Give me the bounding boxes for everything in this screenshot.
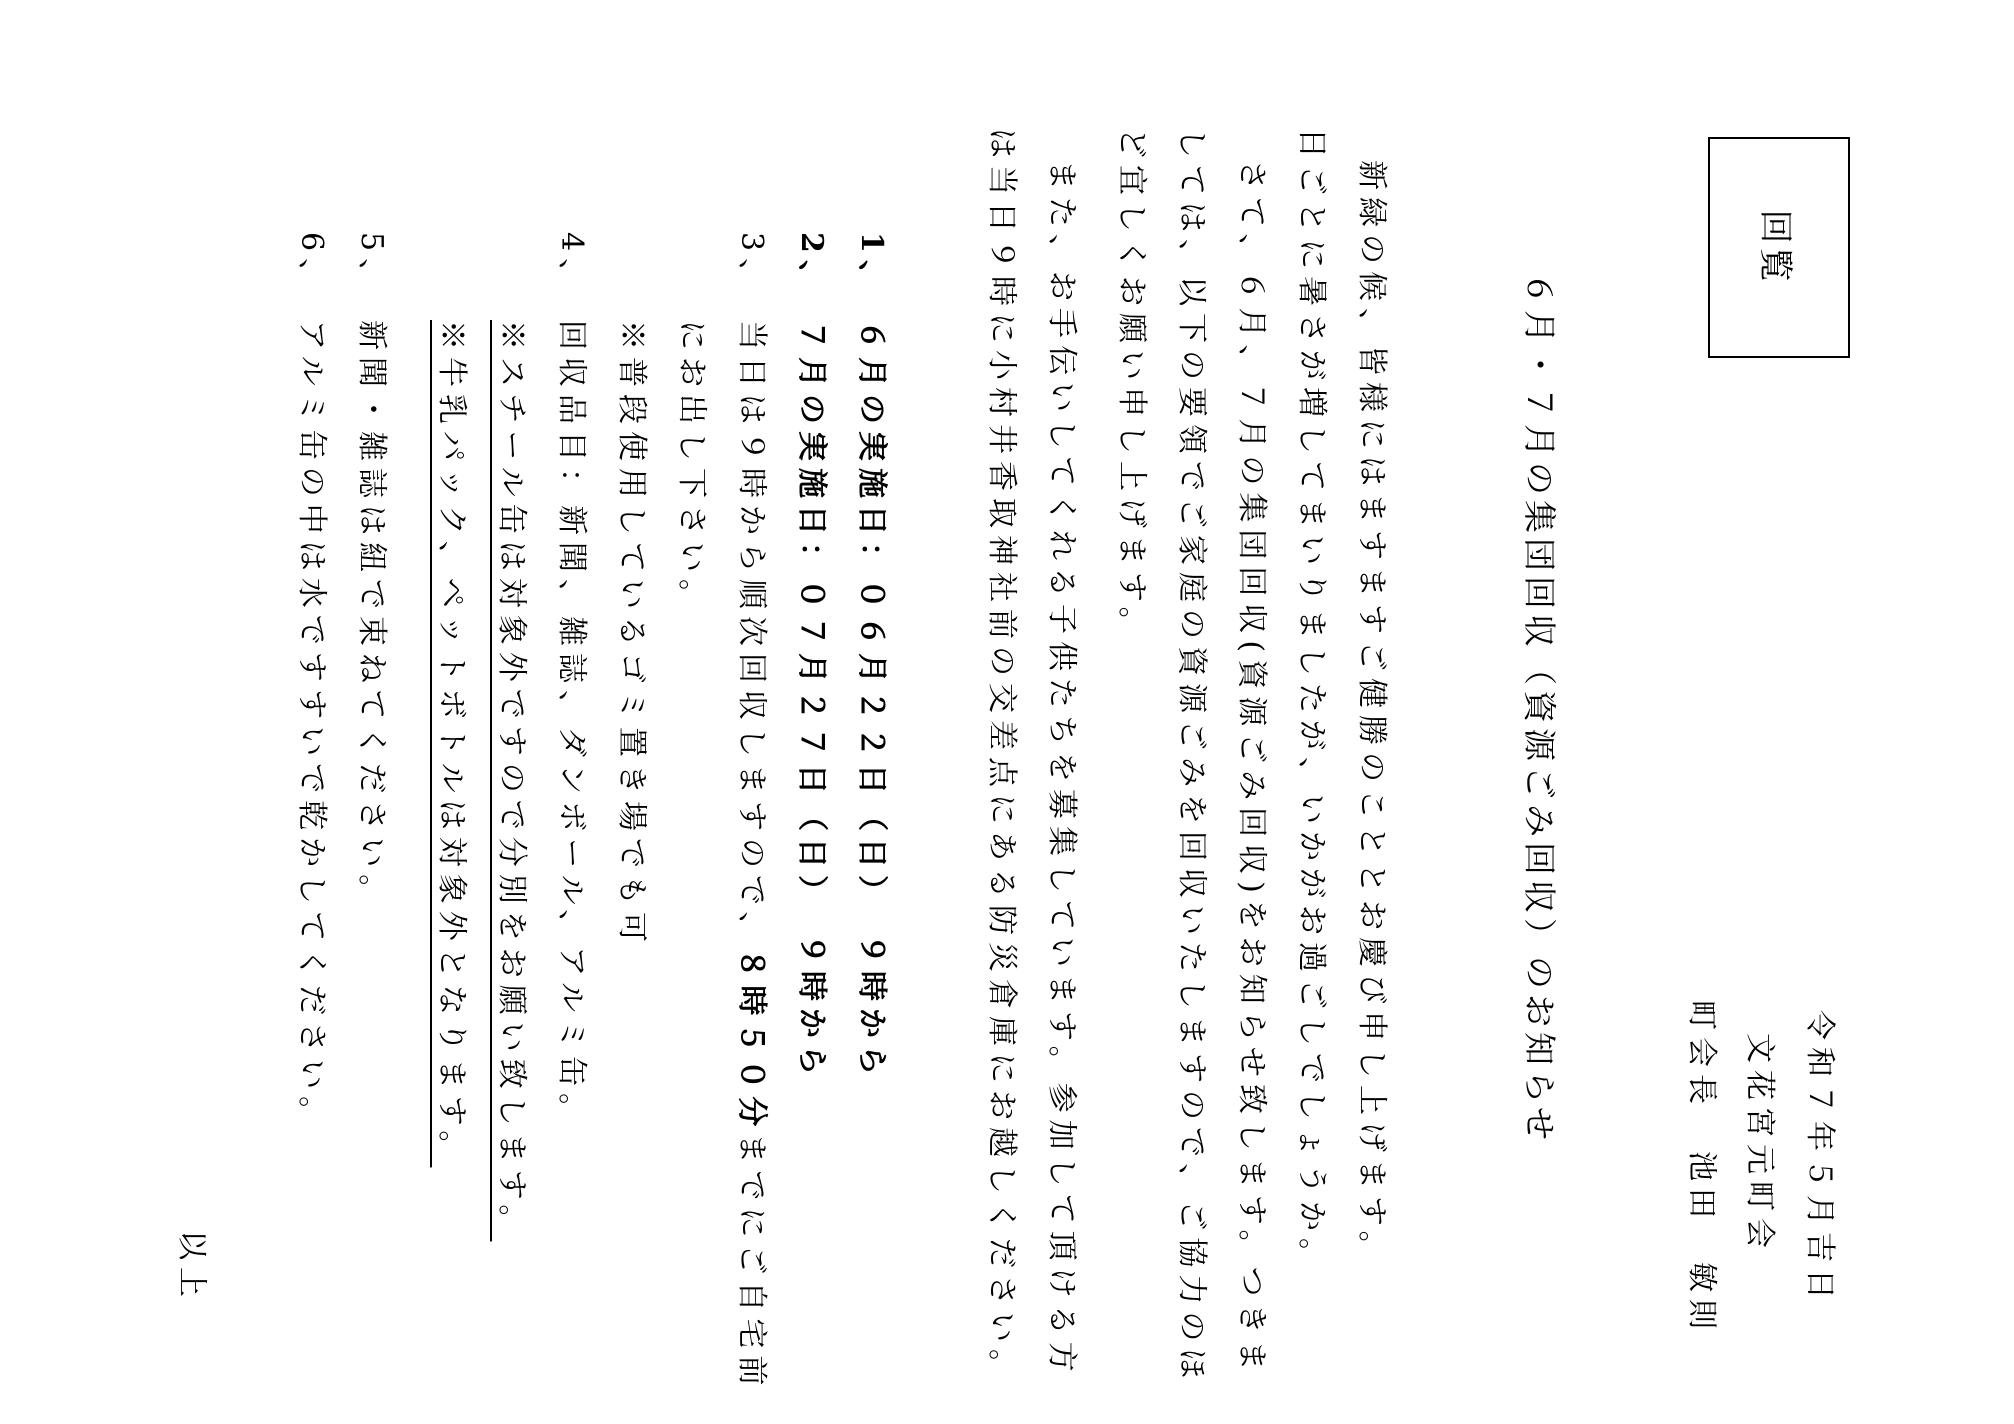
list-item-2: 2、７月の実施日：０７月２７日（日） ９時から: [796, 232, 826, 1082]
body-line: しては、以下の要領でご家庭の資源ごみを回収いたしますので、ご協力のほ: [1176, 128, 1206, 1385]
list-item-4-note-steel: ※スチール缶は対象外ですので分別をお願い致します。: [496, 320, 526, 1241]
item-text: 回収品目：新聞、雑誌、ダンボール、アルミ缶。: [554, 320, 589, 1130]
list-item-1: 1、６月の実施日：０６月２２日（日） ９時から: [856, 232, 886, 1082]
list-item-6: 6、アルミ缶の中は水ですすいで乾かしてください。: [296, 232, 326, 1133]
item-number: 3、: [736, 232, 766, 320]
list-item-3-note: ※普段使用しているゴミ置き場でも可: [616, 320, 646, 949]
date: 令和７年５月吉日: [1804, 1010, 1834, 1306]
list-item-3: 3、当日は９時から順次回収しますので、８時５０分までにご自宅前: [736, 232, 766, 1392]
item-number: 6、: [296, 232, 326, 320]
list-item-5: 5、新聞・雑誌は紐で束ねてください。: [356, 232, 386, 911]
item-number: 2、: [796, 232, 826, 320]
item-text: アルミ缶の中は水ですすいで乾かしてください。: [294, 320, 329, 1133]
item-text: ６月の実施日：０６月２２日（日） ９時から: [854, 320, 889, 1082]
closing-text: 以上: [176, 1230, 206, 1304]
signature-name: 池田 敏則: [1684, 1151, 1719, 1336]
body-line: また、お手伝いしてくれる子供たちを募集しています。参加して頂ける方: [1046, 160, 1076, 1379]
signature: 町会長池田 敏則: [1686, 1000, 1716, 1336]
item-text-emphasis: ８時５０分: [734, 948, 769, 1133]
kairan-label: 回覧: [1755, 210, 1804, 286]
signature-title: 町会長: [1684, 1000, 1719, 1111]
body-line: 日ごとに暑さが増してまいりましたが、いかがお過ごしでしょうか。: [1296, 128, 1326, 1275]
item-text: 新聞・雑誌は紐で束ねてください。: [354, 320, 389, 911]
body-line: さて、６月、７月の集団回収(資源ごみ回収)をお知らせ致します。つきま: [1236, 160, 1266, 1378]
item-text: 当日は９時から順次回収しますので、: [734, 320, 769, 948]
document-page: 回覧 令和７年５月吉日 文花宮元町会 町会長池田 敏則 ６月・７月の集団回収（資…: [0, 0, 2014, 1424]
organization: 文花宮元町会: [1744, 1033, 1774, 1255]
item-number: 5、: [356, 232, 386, 320]
item-number: 1、: [856, 232, 886, 320]
body-line: は当日９時に小村井香取神社前の交差点にある防災倉庫にお越しください。: [986, 128, 1016, 1386]
list-item-4-note-excluded: ※牛乳パック、ペットボトルは対象外となります。: [436, 320, 466, 1167]
list-item-4: 4、回収品目：新聞、雑誌、ダンボール、アルミ缶。: [556, 232, 586, 1130]
page-title: ６月・７月の集団回収（資源ごみ回収）のお知らせ: [1523, 272, 1556, 1145]
item-number: 4、: [556, 232, 586, 320]
item-text: までにご自宅前: [734, 1133, 769, 1392]
list-item-3-continuation: にお出し下さい。: [676, 320, 706, 616]
item-text: ７月の実施日：０７月２７日（日） ９時から: [794, 320, 829, 1082]
body-line: ど宜しくお願い申し上げます。: [1116, 128, 1146, 644]
kairan-circulation-box: 回覧: [1708, 137, 1850, 358]
body-line: 新緑の候、皆様にはますますご健勝のこととお慶び申し上げます。: [1356, 160, 1386, 1268]
